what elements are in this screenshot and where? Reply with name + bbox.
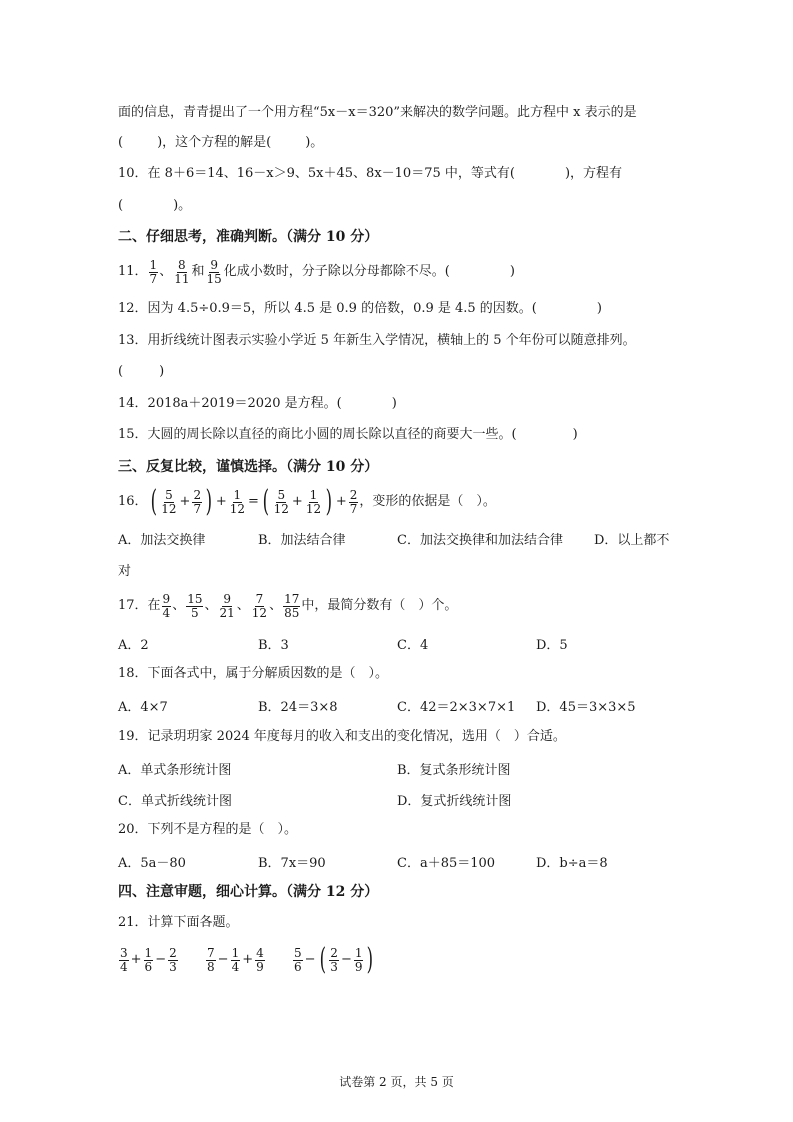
- q9-line2: ()，这个方程的解是()。: [118, 134, 323, 152]
- q13-line2: (): [118, 363, 164, 381]
- fraction: 921: [219, 593, 236, 620]
- q9-line2-end: )。: [305, 135, 323, 150]
- q19-option-c[interactable]: C．单式折线统计图: [118, 790, 232, 809]
- q21-expressions: 34+16−23 78−14+49 56−(23−19): [118, 942, 376, 979]
- section2-title: 二、仔细思考，准确判断。（满分 10 分）: [118, 228, 378, 246]
- q11: 11．17、811和915化成小数时，分子除以分母都除不尽。(): [118, 256, 515, 289]
- q19-option-d[interactable]: D．复式折线统计图: [397, 790, 511, 809]
- q13-text: 13．用折线统计图表示实验小学近 5 年新生入学情况，横轴上的 5 个年份可以随…: [118, 332, 636, 350]
- q14-text: 14．2018a＋2019＝2020 是方程。(: [118, 396, 342, 411]
- q17-option-d[interactable]: D．5: [536, 634, 568, 653]
- fraction: 94: [162, 593, 172, 620]
- q9-line1: 面的信息，青青提出了一个用方程“5x－x＝320”来解决的数学问题。此方程中 x…: [118, 104, 637, 122]
- q10-line2: ()。: [118, 197, 191, 215]
- q20-option-c[interactable]: C．a＋85＝100: [397, 852, 495, 871]
- q17-option-a[interactable]: A．2: [118, 634, 149, 653]
- q10-line1: 10．在 8＋6＝14、16－x＞9、5x＋45、8x－10＝75 中，等式有(…: [118, 165, 622, 183]
- q16-option-a[interactable]: A．加法交换律: [118, 529, 205, 548]
- fraction: 27: [192, 489, 202, 516]
- q10-text: 10．在 8＋6＝14、16－x＞9、5x＋45、8x－10＝75 中，等式有(: [118, 166, 515, 181]
- q17-option-c[interactable]: C．4: [397, 634, 428, 653]
- fraction: 712: [251, 593, 268, 620]
- fraction: 811: [173, 259, 190, 286]
- q11-text: 化成小数时，分子除以分母都除不尽。(: [224, 264, 450, 279]
- section3-title: 三、反复比较，谨慎选择。（满分 10 分）: [118, 458, 378, 476]
- q15-text: 15．大圆的周长除以直径的商比小圆的周长除以直径的商要大一些。(: [118, 427, 517, 442]
- q21-expression-2: 78−14+49: [205, 953, 266, 968]
- q15: 15．大圆的周长除以直径的商比小圆的周长除以直径的商要大一些。(): [118, 426, 578, 444]
- fraction: 112: [229, 489, 246, 516]
- page-footer: 试卷第 2 页，共 5 页: [0, 1073, 793, 1090]
- q21-expression-3: 56−(23−19): [292, 953, 376, 968]
- fraction: 155: [186, 593, 203, 620]
- q20-option-b[interactable]: B．7x＝90: [258, 852, 326, 871]
- q10-text-mid: )，方程有: [565, 166, 622, 181]
- q16-number: 16．: [118, 494, 148, 509]
- fraction: 1785: [283, 593, 300, 620]
- fraction: 512: [273, 489, 290, 516]
- q19-option-b[interactable]: B．复式条形统计图: [397, 759, 511, 778]
- q20-text: 20．下列不是方程的是（ ）。: [118, 821, 297, 839]
- q14: 14．2018a＋2019＝2020 是方程。(): [118, 395, 397, 413]
- q18-option-a[interactable]: A．4×7: [118, 696, 168, 715]
- q12-text: 12．因为 4.5÷0.9＝5，所以 4.5 是 0.9 的倍数，0.9 是 4…: [118, 301, 537, 316]
- q11-number: 11．: [118, 264, 148, 279]
- section4-title: 四、注意审题，细心计算。（满分 12 分）: [118, 883, 378, 901]
- fraction: 915: [206, 259, 223, 286]
- q17: 17．在94、155、921、712、1785中，最简分数有（ ）个。: [118, 589, 457, 624]
- fraction: 17: [149, 259, 159, 286]
- q16-option-b[interactable]: B．加法结合律: [258, 529, 346, 548]
- q9-line2-mid: )，这个方程的解是(: [157, 135, 271, 150]
- q18-text: 18．下面各式中，属于分解质因数的是（ ）。: [118, 665, 388, 683]
- fraction: 512: [160, 489, 177, 516]
- q17-text: 中，最简分数有（ ）个。: [301, 598, 457, 613]
- q18-option-b[interactable]: B．24＝3×8: [258, 696, 338, 715]
- q21-expression-1: 34+16−23: [118, 953, 179, 968]
- q10-blank2-close: )。: [173, 198, 191, 213]
- q21-text: 21．计算下面各题。: [118, 914, 239, 932]
- q18-option-d[interactable]: D．45＝3×3×5: [536, 696, 636, 715]
- fraction: 27: [349, 489, 359, 516]
- q10-blank2-open: (: [118, 198, 123, 213]
- q16-text: ，变形的依据是（ ）。: [359, 494, 496, 509]
- q12: 12．因为 4.5÷0.9＝5，所以 4.5 是 0.9 的倍数，0.9 是 4…: [118, 300, 602, 318]
- q16-option-c[interactable]: C．加法交换律和加法结合律: [397, 529, 563, 548]
- q20-option-d[interactable]: D．b÷a＝8: [536, 852, 608, 871]
- q16-option-d-wrap: 对: [118, 560, 131, 579]
- q20-option-a[interactable]: A．5a－80: [118, 852, 186, 871]
- q9-blank1-open: (: [118, 135, 123, 150]
- q17-option-b[interactable]: B．3: [258, 634, 289, 653]
- fraction: 112: [305, 489, 322, 516]
- q18-option-c[interactable]: C．42＝2×3×7×1: [397, 696, 515, 715]
- q17-number: 17．在: [118, 598, 161, 613]
- q16-option-d[interactable]: D．以上都不: [594, 529, 669, 548]
- q16: 16．(512+27)+112=(512+112)+27，变形的依据是（ ）。: [118, 484, 496, 521]
- q19-text: 19．记录玥玥家 2024 年度每月的收入和支出的变化情况，选用（ ）合适。: [118, 728, 566, 746]
- q19-option-a[interactable]: A．单式条形统计图: [118, 759, 231, 778]
